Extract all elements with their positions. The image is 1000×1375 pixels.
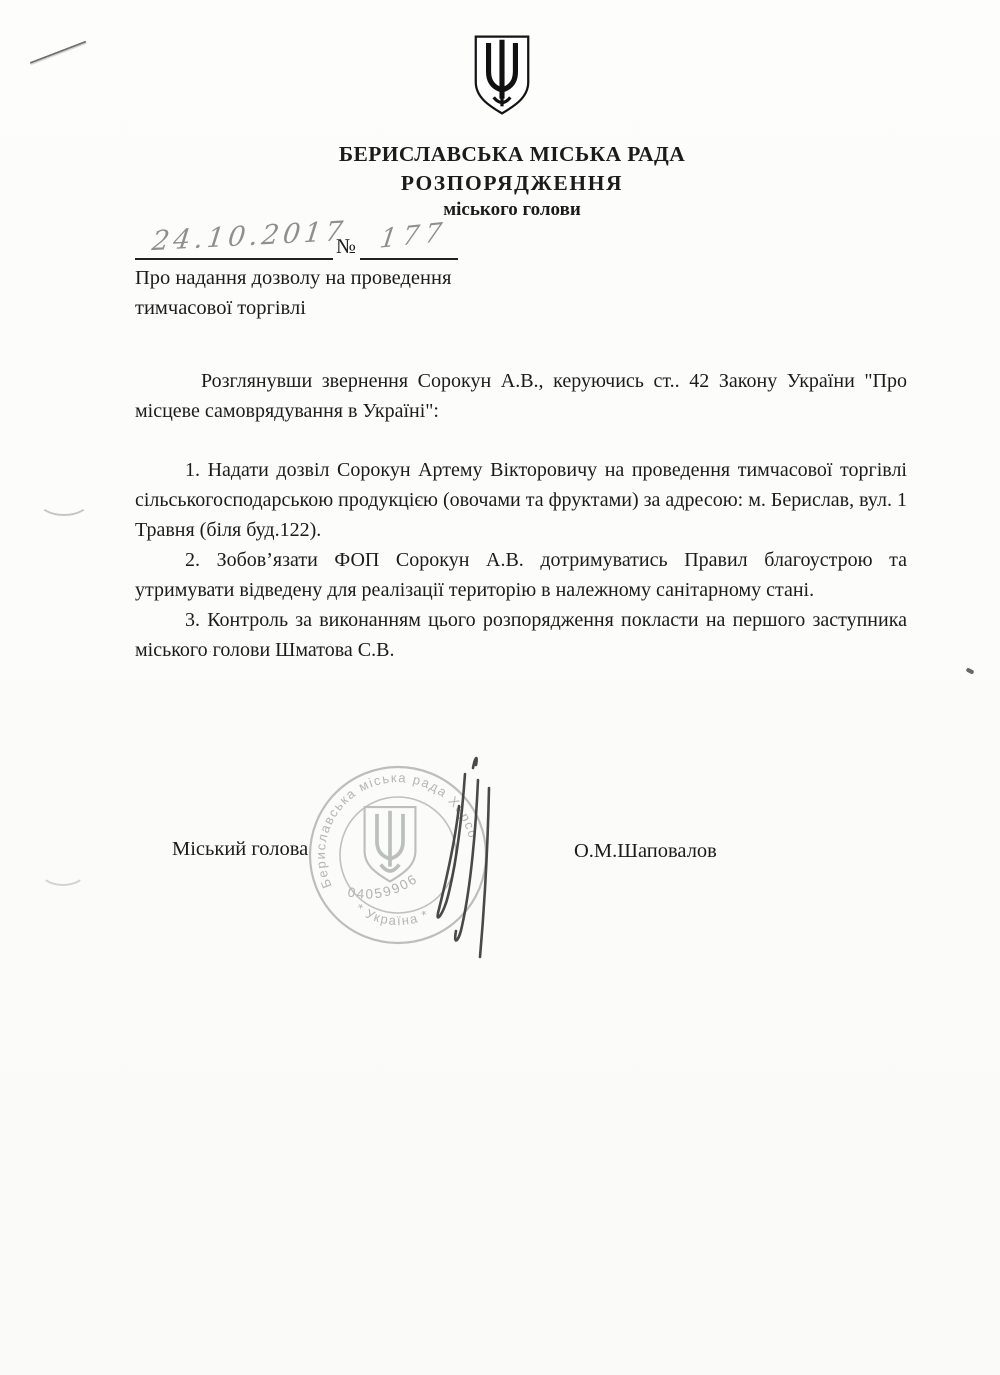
subject-block: Про надання дозволу на проведення тимчас… [135,263,555,323]
scan-artifact-crescent [38,486,90,516]
scan-artifact-speck [966,667,975,674]
signature-ink-mark [405,750,520,968]
doc-author: міського голови [12,198,1000,221]
signer-name: О.М.Шаповалов [574,840,717,863]
order-items: 1. Надати дозвіл Сорокун Артему Вікторов… [135,455,907,665]
scan-artifact-crescent [40,858,86,886]
handwritten-date: 24.10.2017 [150,216,348,257]
doc-type: РОЗПОРЯДЖЕННЯ [12,170,1000,196]
pen-scratch-mark [30,41,87,64]
handwritten-number: 177 [378,217,450,255]
trident-emblem-icon [470,31,534,119]
order-item-2: 2. Зобов’язати ФОП Сорокун А.В. дотримув… [135,545,907,605]
scanned-document-page: БЕРИСЛАВСЬКА МІСЬКА РАДА РОЗПОРЯДЖЕННЯ м… [0,0,1000,1375]
intro-paragraph: Розглянувши звернення Сорокун А.В., керу… [135,366,907,426]
order-item-3: 3. Контроль за виконанням цього розпоряд… [135,605,907,665]
subject-line-1: Про надання дозволу на проведення [135,263,555,293]
subject-line-2: тимчасової торгівлі [135,293,555,323]
number-underline [360,258,458,260]
date-underline [135,258,333,260]
number-sign: № [336,234,356,259]
order-item-1: 1. Надати дозвіл Сорокун Артему Вікторов… [135,455,907,545]
org-name: БЕРИСЛАВСЬКА МІСЬКА РАДА [12,141,1000,167]
document-header: БЕРИСЛАВСЬКА МІСЬКА РАДА РОЗПОРЯДЖЕННЯ м… [12,141,1000,222]
signer-title: Міський голова [172,838,308,861]
